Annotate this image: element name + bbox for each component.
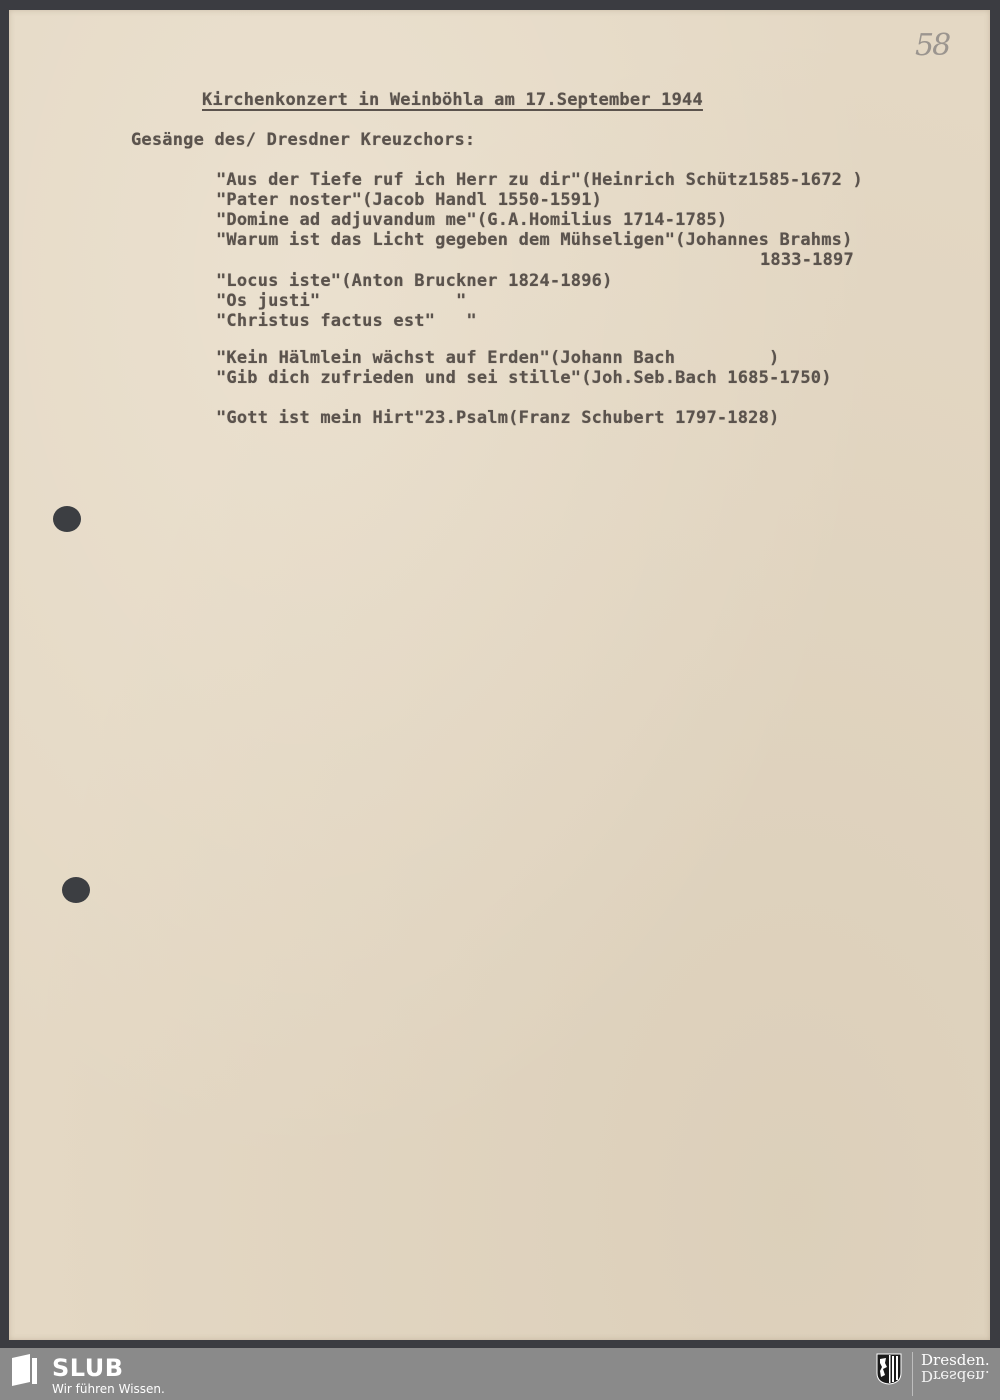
program-item: "Locus iste"(Anton Bruckner 1824-1896) — [216, 271, 613, 291]
slub-tagline: Wir führen Wissen. — [52, 1382, 165, 1396]
footer-divider — [912, 1352, 913, 1396]
punch-hole — [53, 506, 81, 532]
dresden-logo[interactable]: Dresden. Dresden. — [921, 1352, 990, 1384]
footer-bar: SLUB Wir führen Wissen. Dresden. Dresden… — [0, 1348, 1000, 1400]
book-icon — [10, 1354, 40, 1386]
program-item: "Os justi" " — [216, 291, 466, 311]
document-subtitle: Gesänge des/ Dresdner Kreuzchors: — [131, 130, 475, 150]
dresden-crest-icon — [876, 1353, 902, 1385]
program-item: "Pater noster"(Jacob Handl 1550-1591) — [216, 190, 602, 210]
slub-logo[interactable]: SLUB — [52, 1354, 124, 1382]
dresden-label-mirror: Dresden. — [921, 1368, 990, 1384]
program-item: "Christus factus est" " — [216, 311, 477, 331]
page-number: 58 — [915, 28, 949, 63]
program-item: "Gib dich zufrieden und sei stille"(Joh.… — [216, 368, 832, 388]
document-title: Kirchenkonzert in Weinböhla am 17.Septem… — [202, 90, 703, 110]
program-item: "Gott ist mein Hirt"23.Psalm(Franz Schub… — [216, 408, 779, 428]
program-item: "Warum ist das Licht gegeben dem Mühseli… — [216, 230, 853, 250]
program-item: "Domine ad adjuvandum me"(G.A.Homilius 1… — [216, 210, 727, 230]
punch-hole — [62, 877, 90, 903]
program-item: "Aus der Tiefe ruf ich Herr zu dir"(Hein… — [216, 170, 863, 190]
program-item-continuation: 1833-1897 — [760, 250, 854, 270]
program-item: "Kein Hälmlein wächst auf Erden"(Johann … — [216, 348, 779, 368]
